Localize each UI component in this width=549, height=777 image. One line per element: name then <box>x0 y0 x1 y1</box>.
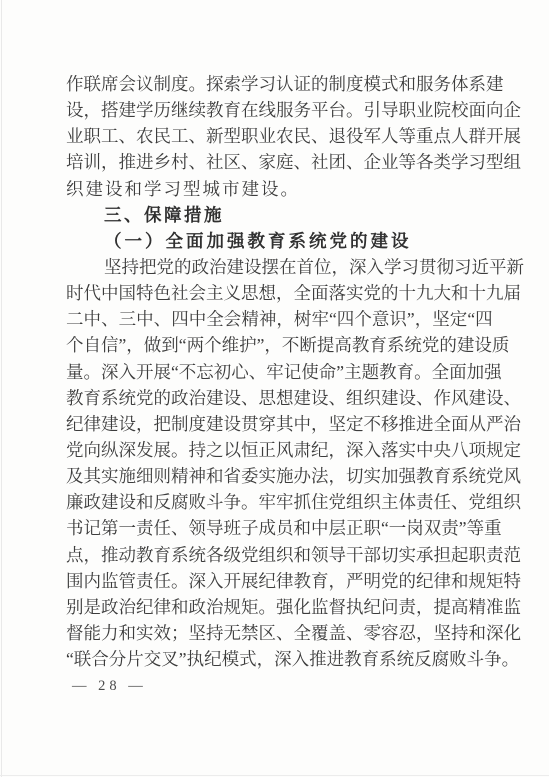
page-number: — 28 — <box>72 678 147 695</box>
text-line: 围内监管责任。深入开展纪律教育，严明党的纪律和规矩特 <box>66 568 493 594</box>
text-line: 业职工、农民工、新型职业农民、退役军人等重点人群开展 <box>66 123 493 149</box>
scan-edge-left <box>1 0 2 777</box>
text-line: 点，推动教育系统各级党组织和领导干部切实承担起职责范 <box>66 542 493 568</box>
text-line: 党向纵深发展。持之以恒正风肃纪，深入落实中央八项规定 <box>66 437 493 463</box>
section-heading: 三、保障措施 <box>66 202 493 228</box>
scan-edge-bottom <box>0 775 549 776</box>
text-line: “联合分片交叉”执纪模式，深入推进教育系统反腐败斗争。 <box>66 646 493 672</box>
text-line: 培训，推进乡村、社区、家庭、社团、企业等各类学习型组 <box>66 149 493 175</box>
text-line: 织建设和学习型城市建设。 <box>66 176 493 202</box>
text-line: 设，搭建学历继续教育在线服务平台。引导职业院校面向企 <box>66 97 493 123</box>
text-line: 坚持把党的政治建设摆在首位，深入学习贯彻习近平新 <box>66 254 493 280</box>
text-line: 书记第一责任、领导班子成员和中层正职“一岗双责”等重 <box>66 515 493 541</box>
text-line: 个自信”，做到“两个维护”，不断提高教育系统党的建设质 <box>66 332 493 358</box>
text-line: 督能力和实效；坚持无禁区、全覆盖、零容忍，坚持和深化 <box>66 620 493 646</box>
text-line: 量。深入开展“不忘初心、牢记使命”主题教育。全面加强 <box>66 359 493 385</box>
subsection-heading: （一）全面加强教育系统党的建设 <box>66 228 493 254</box>
text-line: 教育系统党的政治建设、思想建设、组织建设、作风建设、 <box>66 385 493 411</box>
text-line: 别是政治纪律和政治规矩。强化监督执纪问责，提高精准监 <box>66 594 493 620</box>
text-line: 廉政建设和反腐败斗争。牢牢抓住党组织主体责任、党组织 <box>66 489 493 515</box>
text-line: 二中、三中、四中全会精神，树牢“四个意识”，坚定“四 <box>66 306 493 332</box>
text-line: 时代中国特色社会主义思想，全面落实党的十九大和十九届 <box>66 280 493 306</box>
text-line: 纪律建设，把制度建设贯穿其中，坚定不移推进全面从严治 <box>66 411 493 437</box>
document-body: 作联席会议制度。探索学习认证的制度模式和服务体系建设，搭建学历继续教育在线服务平… <box>66 71 493 672</box>
text-line: 及其实施细则精神和省委实施办法，切实加强教育系统党风 <box>66 463 493 489</box>
document-page: 作联席会议制度。探索学习认证的制度模式和服务体系建设，搭建学历继续教育在线服务平… <box>0 0 549 777</box>
text-line: 作联席会议制度。探索学习认证的制度模式和服务体系建 <box>66 71 493 97</box>
